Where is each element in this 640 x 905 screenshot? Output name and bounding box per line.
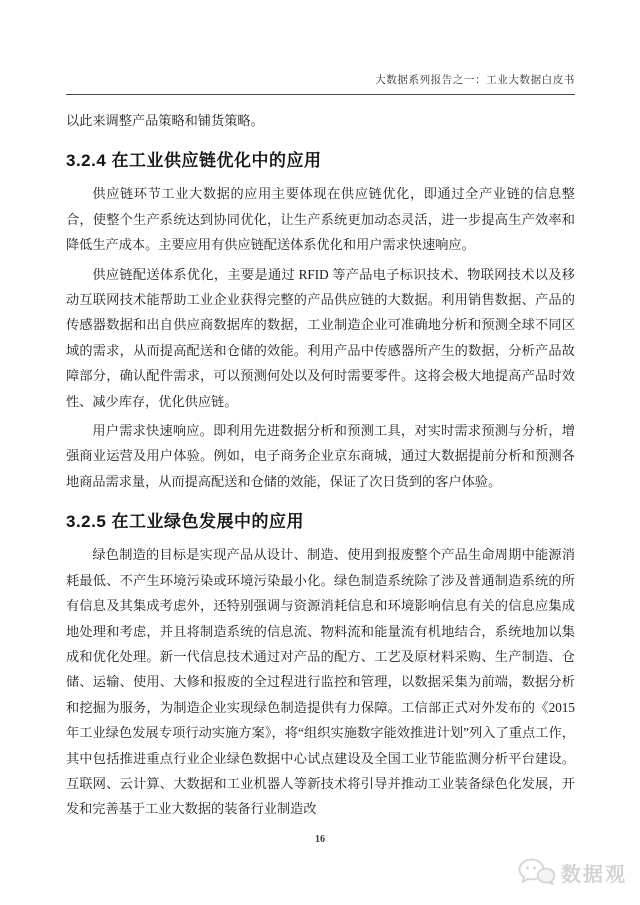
chat-bubbles-icon [518, 858, 556, 887]
paragraph-intro: 以此来调整产品策略和铺货策略。 [66, 108, 575, 133]
watermark-logo: 数据观 [518, 858, 627, 887]
page-header: 大数据系列报告之一：工业大数据白皮书 [66, 72, 575, 95]
paragraph: 供应链配送体系优化，主要是通过 RFID 等产品电子标识技术、物联网技术以及移动… [66, 262, 575, 414]
section-heading-325: 3.2.5 在工业绿色发展中的应用 [66, 512, 575, 532]
running-head: 大数据系列报告之一：工业大数据白皮书 [375, 75, 575, 86]
paragraph: 用户需求快速响应。即利用先进数据分析和预测工具，对实时需求预测与分析，增强商业运… [66, 418, 575, 494]
page-number: 16 [0, 834, 640, 845]
document-page: 大数据系列报告之一：工业大数据白皮书 以此来调整产品策略和铺货策略。 3.2.4… [0, 0, 640, 905]
section-heading-324: 3.2.4 在工业供应链优化中的应用 [66, 151, 575, 171]
paragraph: 绿色制造的目标是实现产品从设计、制造、使用到报废整个产品生命周期中能源消耗最低、… [66, 542, 575, 821]
page-body: 以此来调整产品策略和铺货策略。 3.2.4 在工业供应链优化中的应用 供应链环节… [66, 108, 575, 826]
watermark-text: 数据观 [561, 858, 627, 887]
paragraph: 供应链环节工业大数据的应用主要体现在供应链优化，即通过全产业链的信息整合，使整个… [66, 181, 575, 257]
